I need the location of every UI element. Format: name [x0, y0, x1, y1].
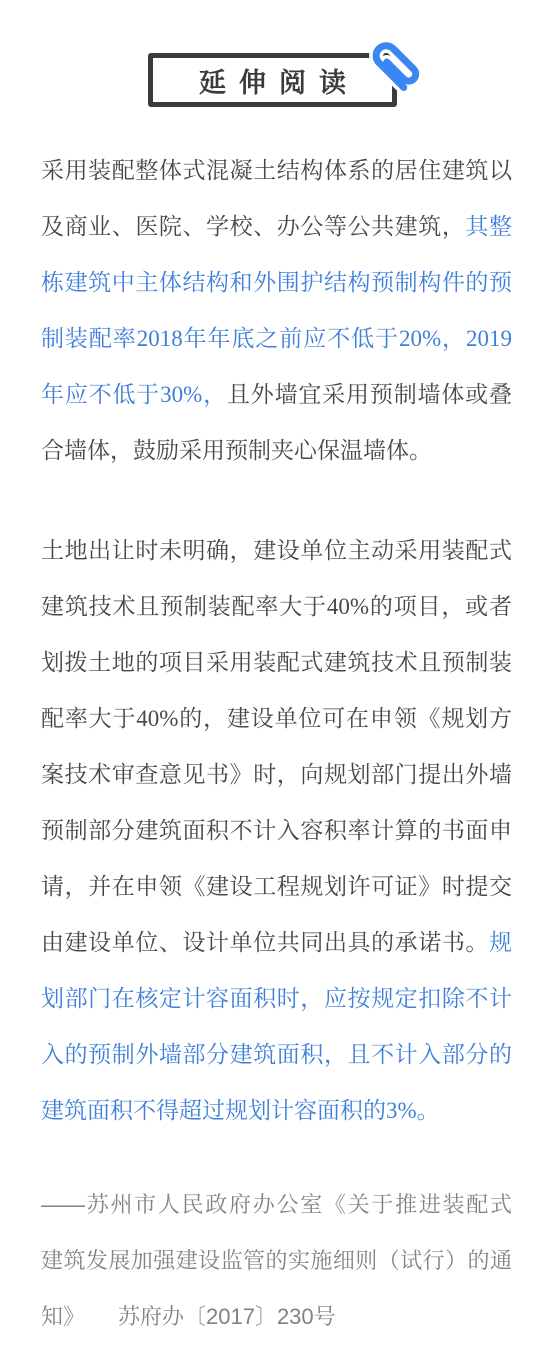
text-run: 请，并在申领《建设工程规划许可证》时提交 — [41, 874, 512, 899]
extended-reading-title: 延伸阅读 — [199, 61, 359, 100]
body-paragraph: 采用装配整体式混凝土结构体系的居住建筑以及商业、医院、学校、办公等公共建筑，其整… — [41, 143, 512, 479]
highlighted-text-run: 年应不低于30%， — [41, 382, 227, 407]
text-line: 案技术审查意见书》时，向规划部门提出外墙 — [41, 747, 512, 803]
text-run: 配率大于40%的，建设单位可在申领《规划方 — [41, 706, 512, 731]
text-run: 合墙体，鼓励采用预制夹心保温墙体。 — [41, 438, 432, 463]
text-run: 知》 苏府办〔2017〕230号 — [41, 1304, 336, 1329]
text-run: 案技术审查意见书》时，向规划部门提出外墙 — [41, 762, 512, 787]
highlighted-text-run: 划部门在核定计容面积时，应按规定扣除不计 — [41, 986, 512, 1011]
text-line: ——苏州市人民政府办公室《关于推进装配式 — [41, 1177, 512, 1233]
text-run: 土地出让时未明确，建设单位主动采用装配式 — [41, 538, 512, 563]
highlighted-text-run: 规 — [489, 930, 512, 955]
text-run: ——苏州市人民政府办公室《关于推进装配式 — [41, 1192, 512, 1217]
page: { "header": { "title": "延伸阅读", "icon": "… — [0, 0, 550, 1364]
text-line: 划拨土地的项目采用装配式建筑技术且预制装 — [41, 635, 512, 691]
body-paragraph: 土地出让时未明确，建设单位主动采用装配式建筑技术且预制装配率大于40%的项目，或… — [41, 523, 512, 1139]
text-run: 建筑发展加强建设监管的实施细则（试行）的通 — [41, 1248, 512, 1273]
text-line: 合墙体，鼓励采用预制夹心保温墙体。 — [41, 423, 512, 479]
text-run: 由建设单位、设计单位共同出具的承诺书。 — [41, 930, 489, 955]
highlighted-text-run: 制装配率2018年年底之前应不低于20%，2019 — [41, 326, 512, 351]
text-line: 栋建筑中主体结构和外围护结构预制构件的预 — [41, 255, 512, 311]
extended-reading-badge: 延伸阅读 — [148, 53, 397, 107]
text-line: 制装配率2018年年底之前应不低于20%，2019 — [41, 311, 512, 367]
text-line: 请，并在申领《建设工程规划许可证》时提交 — [41, 859, 512, 915]
text-run: 预制部分建筑面积不计入容积率计算的书面申 — [41, 818, 512, 843]
highlighted-text-run: 其整 — [465, 214, 512, 239]
text-line: 建筑技术且预制装配率大于40%的项目，或者 — [41, 579, 512, 635]
text-line: 预制部分建筑面积不计入容积率计算的书面申 — [41, 803, 512, 859]
text-line: 土地出让时未明确，建设单位主动采用装配式 — [41, 523, 512, 579]
text-line: 由建设单位、设计单位共同出具的承诺书。规 — [41, 915, 512, 971]
text-line: 建筑发展加强建设监管的实施细则（试行）的通 — [41, 1233, 512, 1289]
text-line: 入的预制外墙部分建筑面积，且不计入部分的 — [41, 1027, 512, 1083]
text-run: 建筑技术且预制装配率大于40%的项目，或者 — [41, 594, 512, 619]
text-run: 及商业、医院、学校、办公等公共建筑， — [41, 214, 465, 239]
text-line: 采用装配整体式混凝土结构体系的居住建筑以 — [41, 143, 512, 199]
highlighted-text-run: 栋建筑中主体结构和外围护结构预制构件的预 — [41, 270, 512, 295]
highlighted-text-run: 建筑面积不得超过规划计容面积的3%。 — [41, 1098, 440, 1123]
text-line: 年应不低于30%，且外墙宜采用预制墙体或叠 — [41, 367, 512, 423]
text-line: 建筑面积不得超过规划计容面积的3%。 — [41, 1083, 512, 1139]
article-body: 采用装配整体式混凝土结构体系的居住建筑以及商业、医院、学校、办公等公共建筑，其整… — [41, 143, 512, 1345]
highlighted-text-run: 入的预制外墙部分建筑面积，且不计入部分的 — [41, 1042, 512, 1067]
text-run: 划拨土地的项目采用装配式建筑技术且预制装 — [41, 650, 512, 675]
text-line: 及商业、医院、学校、办公等公共建筑，其整 — [41, 199, 512, 255]
paperclip-icon — [359, 30, 433, 104]
text-line: 划部门在核定计容面积时，应按规定扣除不计 — [41, 971, 512, 1027]
text-line: 配率大于40%的，建设单位可在申领《规划方 — [41, 691, 512, 747]
citation-paragraph: ——苏州市人民政府办公室《关于推进装配式建筑发展加强建设监管的实施细则（试行）的… — [41, 1177, 512, 1345]
text-run: 且外墙宜采用预制墙体或叠 — [227, 382, 512, 407]
text-line: 知》 苏府办〔2017〕230号 — [41, 1289, 512, 1345]
text-run: 采用装配整体式混凝土结构体系的居住建筑以 — [41, 158, 512, 183]
